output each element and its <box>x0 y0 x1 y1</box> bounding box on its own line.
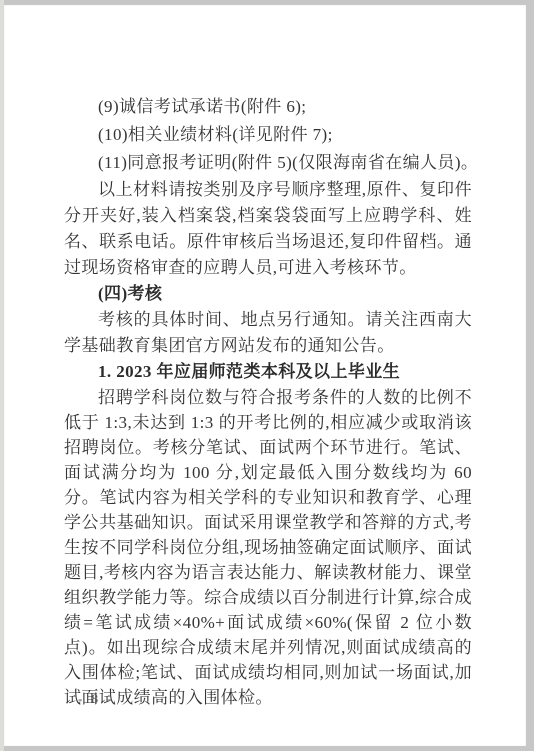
attachment-item-11: (11)同意报考证明(附件 5)(仅限海南省在编人员)。 <box>64 149 472 177</box>
paragraph-materials-instruction: 以上材料请按类别及序号顺序整理,原件、复印件分开夹好,装入档案袋,档案袋袋面写上… <box>64 177 472 281</box>
scanned-document-page: { "document": { "attachment_items": [ { … <box>0 0 534 751</box>
page-number: - 8 - <box>78 691 115 707</box>
attachment-item-9: (9)诚信考试承诺书(附件 6); <box>64 93 472 121</box>
attachment-item-10: (10)相关业绩材料(详见附件 7); <box>64 121 472 149</box>
section-heading-assessment: (四)考核 <box>64 281 472 307</box>
sub-heading-2023-graduates: 1. 2023 年应届师范类本科及以上毕业生 <box>64 359 472 385</box>
paragraph-assessment-details: 招聘学科岗位数与符合报考条件的人数的比例不低于 1:3,未达到 1:3 的开考比… <box>64 385 472 710</box>
document-page: (9)诚信考试承诺书(附件 6); (10)相关业绩材料(详见附件 7); (1… <box>4 5 526 746</box>
document-body: (9)诚信考试承诺书(附件 6); (10)相关业绩材料(详见附件 7); (1… <box>64 93 472 710</box>
paragraph-assessment-notice: 考核的具体时间、地点另行通知。请关注西南大学基础教育集团官方网站发布的通知公告。 <box>64 307 472 359</box>
